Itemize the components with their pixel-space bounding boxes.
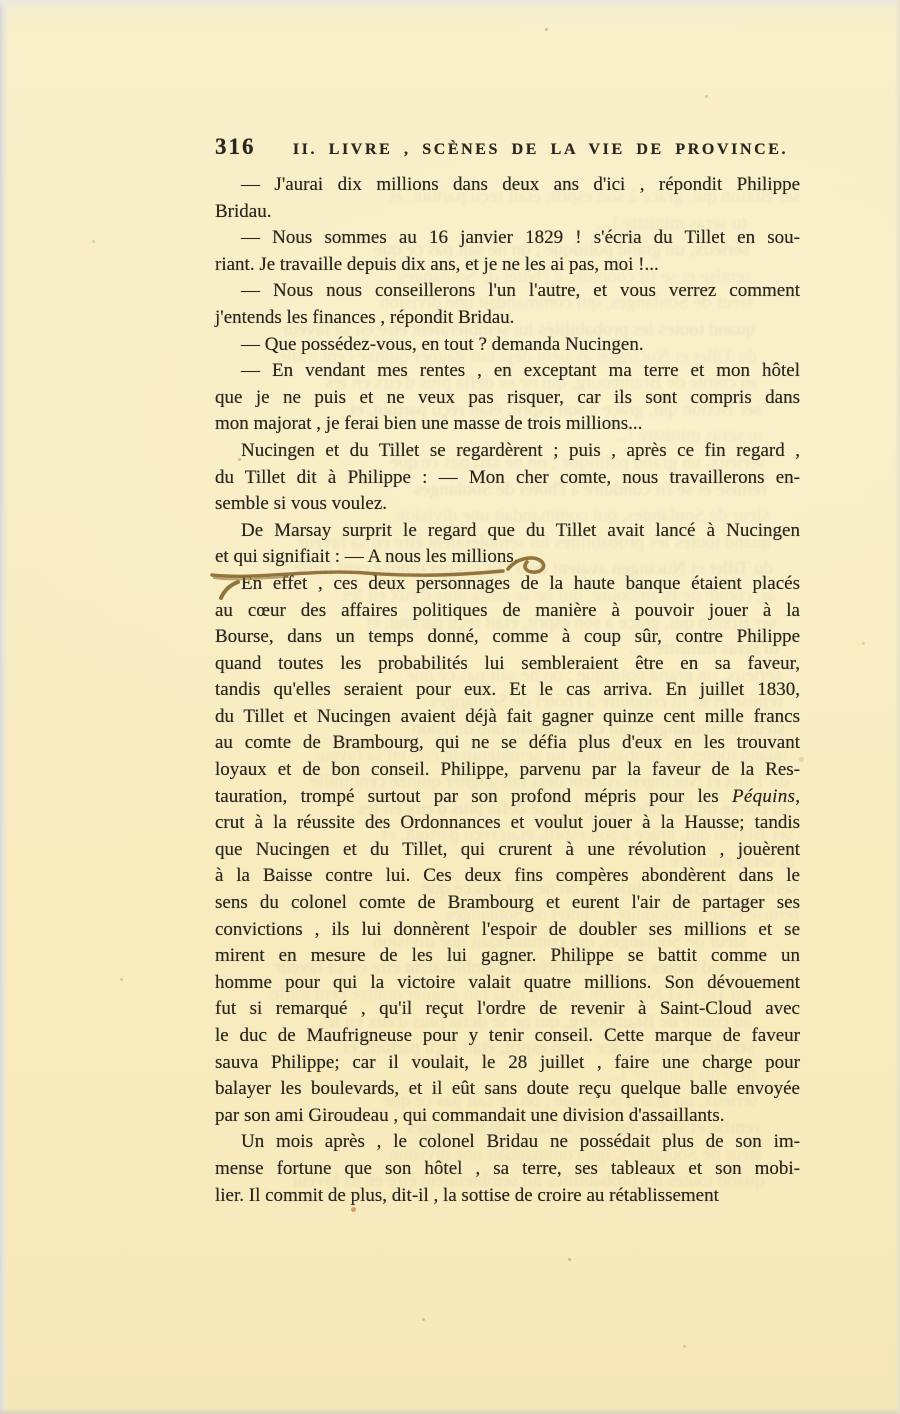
running-header: 316 II. LIVRE , SCÈNES DE LA VIE DE PROV… — [215, 134, 800, 160]
body-text: — J'aurai dix millions dans deux ans d'i… — [215, 172, 800, 1209]
text-line: fut si remarqué , qu'il reçut l'ordre de… — [215, 996, 800, 1023]
text-line: mon majorat , je ferai bien une masse de… — [215, 411, 800, 438]
text-line: Nucingen et du Tillet se regardèrent ; p… — [215, 438, 800, 465]
text-line: à la Baisse contre lui. Ces deux fins co… — [215, 863, 800, 890]
text-line: Un mois après , le colonel Bridau ne pos… — [215, 1129, 800, 1156]
text-line: De Marsay surprit le regard que du Tille… — [215, 518, 800, 545]
text-line: le duc de Maufrigneuse pour y tenir cons… — [215, 1023, 800, 1050]
text-line: mense fortune que son hôtel , sa terre, … — [215, 1156, 800, 1183]
text-line: En effet , ces deux personnages de la ha… — [215, 571, 800, 598]
page-top-edge — [0, 0, 900, 8]
text-line: au comte de Brambourg, qui ne se défia p… — [215, 730, 800, 757]
text-line: que je ne puis et ne veux pas risquer, c… — [215, 385, 800, 412]
text-line: sens du colonel comte de Brambourg et eu… — [215, 890, 800, 917]
text-line: — Que possédez-vous, en tout ? demanda N… — [215, 332, 800, 359]
page-number: 316 — [215, 134, 287, 160]
text-line: tauration, trompé surtout par son profon… — [215, 784, 800, 811]
text-line: — Nous sommes au 16 janvier 1829 ! s'écr… — [215, 225, 800, 252]
text-line: quand toutes les probabilités lui semble… — [215, 651, 800, 678]
text-line: Bourse, dans un temps donné, comme à cou… — [215, 624, 800, 651]
text-line: — En vendant mes rentes , en exceptant m… — [215, 358, 800, 385]
text-line: semble si vous voulez. — [215, 491, 800, 518]
text-line: riant. Je travaille depuis dix ans, et j… — [215, 252, 800, 279]
text-line: au cœur des affaires politiques de maniè… — [215, 598, 800, 625]
text-line: — Nous nous conseillerons l'un l'autre, … — [215, 278, 800, 305]
foxing-specks — [0, 0, 3, 3]
text-line: sauva Philippe; car il voulait, le 28 ju… — [215, 1050, 800, 1077]
text-line: lier. Il commit de plus, dit-il , la sot… — [215, 1183, 800, 1210]
book-page: ser Bixion qui, grâce à son esprit, étai… — [0, 0, 900, 1414]
page-bottom-edge — [0, 1408, 900, 1414]
text-line: Bridau. — [215, 199, 800, 226]
text-line: du Tillet et Nucingen avaient déjà fait … — [215, 704, 800, 731]
text-line: et qui signifiait : — A nous les million… — [215, 544, 800, 571]
text-line: que Nucingen et du Tillet, qui crurent à… — [215, 837, 800, 864]
text-line: crut à la réussite des Ordonnances et vo… — [215, 810, 800, 837]
text-line: convictions , ils lui donnèrent l'espoir… — [215, 917, 800, 944]
text-line: — J'aurai dix millions dans deux ans d'i… — [215, 172, 800, 199]
text-line: mirent en mesure de les lui gagner. Phil… — [215, 943, 800, 970]
running-header-title: II. LIVRE , SCÈNES DE LA VIE DE PROVINCE… — [287, 141, 800, 159]
text-line: j'entends les finances , répondit Bridau… — [215, 305, 800, 332]
text-line: balayer les boulevards, et il eût sans d… — [215, 1076, 800, 1103]
text-line: loyaux et de bon conseil. Philippe, parv… — [215, 757, 800, 784]
text-line: tandis qu'elles seraient pour eux. Et le… — [215, 677, 800, 704]
page-left-edge — [0, 0, 8, 1414]
text-line: homme pour qui la victoire valait quatre… — [215, 970, 800, 997]
page-right-edge — [895, 0, 900, 1414]
text-line: du Tillet dit à Philippe : — Mon cher co… — [215, 465, 800, 492]
text-line: par son ami Giroudeau , qui commandait u… — [215, 1103, 800, 1130]
